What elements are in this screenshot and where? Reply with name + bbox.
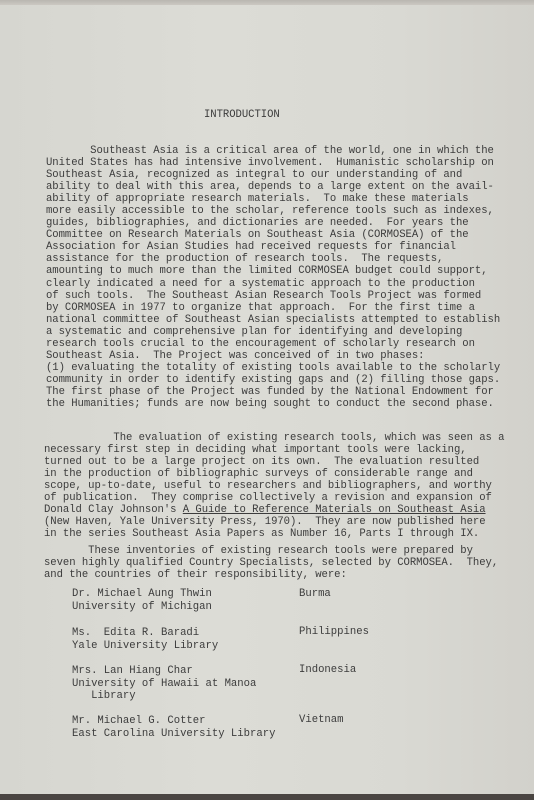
- specialist-name: Dr. Michael Aung Thwin: [72, 588, 212, 600]
- paragraph-2-lines-after: (New Haven, Yale University Press, 1970)…: [44, 516, 486, 540]
- specialist-affiliation: University of Michigan: [72, 601, 212, 613]
- specialist-3: Mrs. Lan Hiang Char University of Hawaii…: [72, 665, 256, 703]
- page-bottom-edge: [0, 794, 534, 800]
- specialist-4: Mr. Michael G. Cotter East Carolina Univ…: [72, 715, 275, 740]
- specialist-country: Indonesia: [299, 664, 356, 676]
- specialist-name: Mrs. Lan Hiang Char: [72, 665, 193, 677]
- specialist-name: Mr. Michael G. Cotter: [72, 715, 206, 727]
- specialist-country: Vietnam: [299, 714, 344, 726]
- specialist-affiliation: University of Hawaii at Manoa Library: [72, 678, 256, 703]
- specialist-2: Ms. Edita R. Baradi Yale University Libr…: [72, 627, 218, 652]
- page-title: INTRODUCTION: [204, 109, 280, 121]
- document-page: INTRODUCTION Southeast Asia is a critica…: [0, 5, 534, 794]
- specialist-country: Burma: [299, 588, 331, 600]
- specialist-name: Ms. Edita R. Baradi: [72, 627, 199, 639]
- paragraph-1: Southeast Asia is a critical area of the…: [46, 145, 500, 410]
- specialist-country: Philippines: [299, 626, 369, 638]
- paragraph-3: These inventories of existing research t…: [44, 545, 498, 581]
- paragraph-2-lines: The evaluation of existing research tool…: [44, 432, 504, 504]
- specialist-1: Dr. Michael Aung Thwin University of Mic…: [72, 588, 212, 613]
- book-title: A Guide to Reference Materials on Southe…: [183, 504, 486, 516]
- johnson-prefix: Donald Clay Johnson's: [44, 504, 183, 516]
- paragraph-2: The evaluation of existing research tool…: [44, 420, 504, 540]
- specialist-affiliation: Yale University Library: [72, 640, 218, 652]
- specialist-affiliation: East Carolina University Library: [72, 728, 275, 740]
